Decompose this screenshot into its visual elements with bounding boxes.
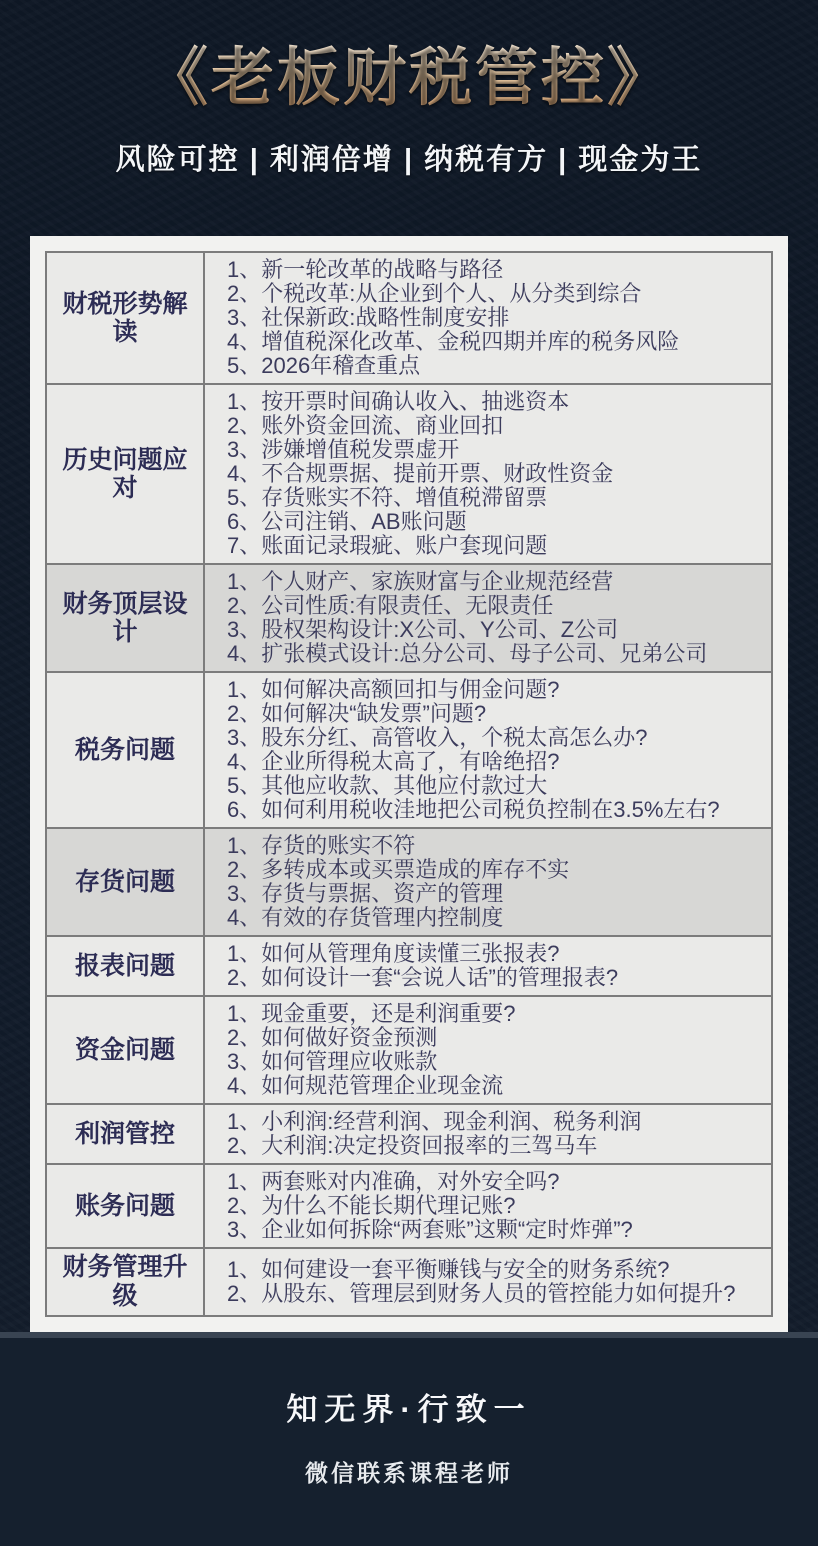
course-item: 5、2026年稽查重点 [227, 354, 763, 378]
course-item: 6、公司注销、AB账问题 [227, 510, 763, 534]
course-item: 6、如何利用税收洼地把公司税负控制在3.5%左右? [227, 798, 763, 822]
course-item: 7、账面记录瑕疵、账户套现问题 [227, 534, 763, 558]
course-item: 1、如何建设一套平衡赚钱与安全的财务系统? [227, 1258, 763, 1282]
course-item: 1、如何解决高额回扣与佣金问题? [227, 678, 763, 702]
course-item: 1、新一轮改革的战略与路径 [227, 258, 763, 282]
course-item: 1、如何从管理角度读懂三张报表? [227, 942, 763, 966]
items-cell: 1、个人财产、家族财富与企业规范经营2、公司性质:有限责任、无限责任3、股权架构… [203, 565, 771, 671]
contact-hint: 微信联系课程老师 [0, 1455, 818, 1488]
course-item: 2、个税改革:从企业到个人、从分类到综合 [227, 282, 763, 306]
course-item: 4、增值税深化改革、金税四期并库的税务风险 [227, 330, 763, 354]
course-item: 2、从股东、管理层到财务人员的管控能力如何提升? [227, 1282, 763, 1306]
course-item: 4、如何规范管理企业现金流 [227, 1074, 763, 1098]
category-cell: 财务顶层设计 [47, 565, 203, 671]
course-item: 3、涉嫌增值税发票虚开 [227, 438, 763, 462]
poster: 《老板财税管控》 风险可控 | 利润倍增 | 纳税有方 | 现金为王 财税形势解… [0, 0, 818, 1546]
items-cell: 1、现金重要，还是利润重要?2、如何做好资金预测3、如何管理应收账款4、如何规范… [203, 997, 771, 1103]
category-cell: 历史问题应对 [47, 385, 203, 563]
course-item: 4、企业所得税太高了，有啥绝招? [227, 750, 763, 774]
header: 《老板财税管控》 风险可控 | 利润倍增 | 纳税有方 | 现金为王 [0, 0, 818, 178]
course-item: 1、现金重要，还是利润重要? [227, 1002, 763, 1026]
page-title: 《老板财税管控》 [0, 44, 818, 113]
table-row: 存货问题 1、存货的账实不符2、多转成本或买票造成的库存不实3、存货与票据、资产… [47, 827, 771, 935]
table-row: 账务问题 1、两套账对内准确，对外安全吗?2、为什么不能长期代理记账?3、企业如… [47, 1163, 771, 1247]
course-item: 1、两套账对内准确，对外安全吗? [227, 1170, 763, 1194]
course-item: 3、股权架构设计:X公司、Y公司、Z公司 [227, 618, 763, 642]
category-cell: 利润管控 [47, 1105, 203, 1163]
course-item: 2、大利润:决定投资回报率的三驾马车 [227, 1134, 763, 1158]
course-item: 5、存货账实不符、增值税滞留票 [227, 486, 763, 510]
footer: 知无界·行致一 微信联系课程老师 [0, 1332, 818, 1546]
items-cell: 1、小利润:经营利润、现金利润、税务利润2、大利润:决定投资回报率的三驾马车 [203, 1105, 771, 1163]
category-cell: 税务问题 [47, 673, 203, 827]
table-row: 财务顶层设计 1、个人财产、家族财富与企业规范经营2、公司性质:有限责任、无限责… [47, 563, 771, 671]
course-item: 4、有效的存货管理内控制度 [227, 906, 763, 930]
table-row: 历史问题应对 1、按开票时间确认收入、抽逃资本2、账外资金回流、商业回扣3、涉嫌… [47, 383, 771, 563]
course-item: 3、企业如何拆除“两套账”这颗“定时炸弹”? [227, 1218, 763, 1242]
course-item: 2、为什么不能长期代理记账? [227, 1194, 763, 1218]
table-row: 税务问题 1、如何解决高额回扣与佣金问题?2、如何解决“缺发票”问题?3、股东分… [47, 671, 771, 827]
course-item: 1、个人财产、家族财富与企业规范经营 [227, 570, 763, 594]
items-cell: 1、如何建设一套平衡赚钱与安全的财务系统?2、从股东、管理层到财务人员的管控能力… [203, 1249, 771, 1315]
course-item: 3、如何管理应收账款 [227, 1050, 763, 1074]
table-row: 利润管控 1、小利润:经营利润、现金利润、税务利润2、大利润:决定投资回报率的三… [47, 1103, 771, 1163]
course-item: 5、其他应收款、其他应付款过大 [227, 774, 763, 798]
brand-slogan: 知无界·行致一 [0, 1384, 818, 1429]
course-item: 2、公司性质:有限责任、无限责任 [227, 594, 763, 618]
course-item: 3、社保新政:战略性制度安排 [227, 306, 763, 330]
items-cell: 1、按开票时间确认收入、抽逃资本2、账外资金回流、商业回扣3、涉嫌增值税发票虚开… [203, 385, 771, 563]
items-cell: 1、如何从管理角度读懂三张报表?2、如何设计一套“会说人话”的管理报表? [203, 937, 771, 995]
course-item: 3、存货与票据、资产的管理 [227, 882, 763, 906]
course-item: 2、如何设计一套“会说人话”的管理报表? [227, 966, 763, 990]
course-item: 1、按开票时间确认收入、抽逃资本 [227, 390, 763, 414]
course-item: 1、小利润:经营利润、现金利润、税务利润 [227, 1110, 763, 1134]
table-row: 报表问题 1、如何从管理角度读懂三张报表?2、如何设计一套“会说人话”的管理报表… [47, 935, 771, 995]
course-item: 4、扩张模式设计:总分公司、母子公司、兄弟公司 [227, 642, 763, 666]
items-cell: 1、新一轮改革的战略与路径2、个税改革:从企业到个人、从分类到综合3、社保新政:… [203, 253, 771, 383]
content-card: 财税形势解读 1、新一轮改革的战略与路径2、个税改革:从企业到个人、从分类到综合… [30, 236, 788, 1332]
subtitle: 风险可控 | 利润倍增 | 纳税有方 | 现金为王 [0, 137, 818, 178]
table-row: 财税形势解读 1、新一轮改革的战略与路径2、个税改革:从企业到个人、从分类到综合… [47, 253, 771, 383]
course-item: 1、存货的账实不符 [227, 834, 763, 858]
items-cell: 1、如何解决高额回扣与佣金问题?2、如何解决“缺发票”问题?3、股东分红、高管收… [203, 673, 771, 827]
course-table: 财税形势解读 1、新一轮改革的战略与路径2、个税改革:从企业到个人、从分类到综合… [45, 251, 773, 1317]
category-cell: 财税形势解读 [47, 253, 203, 383]
category-cell: 财务管理升级 [47, 1249, 203, 1315]
table-row: 财务管理升级 1、如何建设一套平衡赚钱与安全的财务系统?2、从股东、管理层到财务… [47, 1247, 771, 1315]
course-item: 2、如何解决“缺发票”问题? [227, 702, 763, 726]
course-item: 2、账外资金回流、商业回扣 [227, 414, 763, 438]
course-item: 3、股东分红、高管收入，个税太高怎么办? [227, 726, 763, 750]
items-cell: 1、存货的账实不符2、多转成本或买票造成的库存不实3、存货与票据、资产的管理4、… [203, 829, 771, 935]
category-cell: 资金问题 [47, 997, 203, 1103]
category-cell: 报表问题 [47, 937, 203, 995]
table-row: 资金问题 1、现金重要，还是利润重要?2、如何做好资金预测3、如何管理应收账款4… [47, 995, 771, 1103]
course-item: 2、多转成本或买票造成的库存不实 [227, 858, 763, 882]
course-item: 4、不合规票据、提前开票、财政性资金 [227, 462, 763, 486]
category-cell: 账务问题 [47, 1165, 203, 1247]
course-item: 2、如何做好资金预测 [227, 1026, 763, 1050]
category-cell: 存货问题 [47, 829, 203, 935]
items-cell: 1、两套账对内准确，对外安全吗?2、为什么不能长期代理记账?3、企业如何拆除“两… [203, 1165, 771, 1247]
